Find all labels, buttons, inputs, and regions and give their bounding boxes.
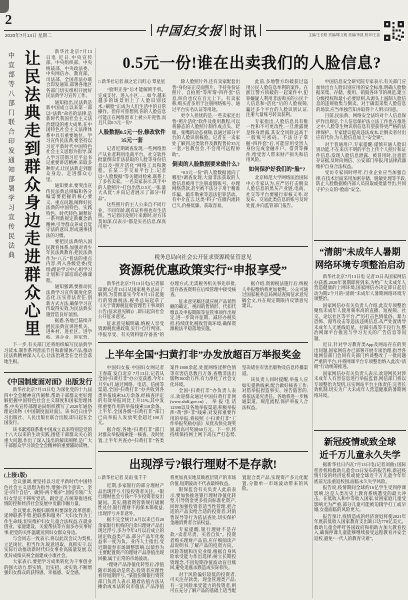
paragraph: 中国信息安全研究院专家表示,有关部门应加快出台人脸识别应用的安全标准,明确人脸数… <box>316 79 406 112</box>
article-covid-headline: 新冠疫情或致全球 近千万儿童永久失学 <box>314 436 406 461</box>
jump-article-body: 会议强调,要坚持以习近平新时代中国特色社会主义思想为指导,增强“四个意识”、坚定… <box>4 479 92 597</box>
article-minfadian-kicker: 中宣部等八部门联合印发通知部署学习宣传民法典 <box>4 52 16 332</box>
column-divider <box>312 78 313 598</box>
header-divider-right <box>266 30 380 31</box>
paragraph: 近日,针对学习教育类App及网站存在的突出问题,国家网信办已部署开展专项治理,指… <box>314 342 406 370</box>
scan-artifact <box>0 0 9 13</box>
paragraph: 会议强调,要坚持以习近平新时代中国特色社会主义思想为指导,增强“四个意识”、坚定… <box>4 479 92 507</box>
paragraph: 国家网信办有关负责人表示,欢迎网民对涉未成年人有害信息进行举报监督,网信部门将以… <box>314 371 406 399</box>
newspaper-page: 2 2020年7月14日 星期二 中国妇女报 时讯 主编/王长路 责编/陈文雅 … <box>0 0 408 600</box>
paragraph: 专家提醒,银行理财不是存款,“卖者尽责、买者自负”。投资者购买理财产品前,应仔细… <box>170 527 236 571</box>
article-zhidu-headline: 《中国制度面对面》出版发行 <box>4 376 92 386</box>
paragraph: 此前,多地警方均破获过盗用公民人脸信息牟利的案件。在浙江警方侦破的一起案件中,犯… <box>246 79 308 118</box>
article-zhidu-body: 新华社北京7月13日电 为深化党的十九届四中全会精神宣传阐释,帮助干部群众更好理… <box>4 387 92 466</box>
paragraph: 银保监会有关负责人此前表示,要加快推进银行理财净值化转型,引导资金更多投向标准化… <box>170 487 236 526</box>
paragraph: 该书紧密联系新中国成立以来特别是党的十八大以来的生动实践,围绕干部群众关心的重大… <box>4 427 92 449</box>
article-divider <box>4 468 92 469</box>
masthead-bar <box>151 24 152 36</box>
paragraph: 新华社北京7月13日电 为深化党的十九届四中全会精神宣传阐释,帮助干部群众更好理… <box>4 387 92 426</box>
paragraph: 近期,多家银行的部分理财产品出现浮亏,引发投资者关注。“银行理财也会亏钱?”不少… <box>98 483 164 516</box>
article-face-headline: 0.5元一份!谁在出卖我们的人脸信息? <box>96 51 408 73</box>
article-ziyuanshui-kicker: 税务总局向社会公开征求资源税征管意见 <box>98 253 308 261</box>
article-divider <box>314 430 406 431</box>
article-ziyuanshui-body: 新华社北京7月13日电(记者郁琼源)记者13日从国家税务总局了解到,为贯彻落实今… <box>98 281 308 338</box>
column-divider <box>95 48 96 598</box>
paragraph: 受访专家同时呼吁,行业企业应当加强自律,在技术层面采用加密存储、脱敏处理等手段,… <box>316 170 406 192</box>
paragraph: 对于普通用户,专家提醒:谨慎开通人脸识别功能,不在来历不明的平台上传个人照片和证… <box>316 142 406 170</box>
article-divider <box>98 342 308 343</box>
paragraph: 征求意见稿还就应税产品销售额的确定、视同销售情形、代扣代缴以及申报期限等征管事项… <box>170 299 236 332</box>
article-minfadian-body: 新华社北京7月13日电 近日,中央宣传部、中央组织部、中央统战部、中央政法委、中… <box>46 49 92 339</box>
paragraph: 北京师范大学网络法治国际中心专家认为,应严厉打击倒卖人脸信息的黑灰产业链,电商、… <box>246 175 308 208</box>
paragraph: “验明正身”后才能解锁手机、完成支付、进入小区……如今,越来越多的场景用上了人脸… <box>98 87 166 126</box>
article-licai-body: □ 新华社记者 吴雨 张千千近期,多家银行的部分理财产品出现浮亏,引发投资者关注… <box>98 475 308 596</box>
paragraph: 据悉,各地已陆续开展民法典宣讲进机关、进乡村、进社区、进学校、进企业、进军营、进… <box>46 318 92 339</box>
article-minfadian-headline: 让民法典走到群众身边走进群众心里 <box>17 50 43 342</box>
masthead-bar <box>225 24 226 36</box>
paragraph: 会议要求,各级妇联组织要深化改革创新,延伸联系手臂,把联系和服务广大妇女作为工作… <box>4 508 92 536</box>
jump-from-page1-label: (上接1版) <box>4 471 27 479</box>
article-divider <box>4 372 92 373</box>
qr-code-icon <box>383 20 405 42</box>
sub-headline: 如何保护好我们的“脸”? <box>246 165 308 173</box>
credits: 主编/王长路 责编/陈文雅 美编/李凯 校对/王蕊 <box>264 33 380 38</box>
byline: □ 新华社记者 吴雨 张千千 <box>98 475 164 481</box>
paragraph: 据不完全统计,6月以来已有20余家银行机构的百余只理财产品出现过浮亏,多为今年4… <box>98 517 164 561</box>
paragraph: 新华社北京7月13日电(记者郁琼源)记者13日从国家税务总局了解到,为贯彻落实今… <box>98 281 164 320</box>
article-qinglang-headline: “清朗”未成年人暑期 网络环境专项整治启动 <box>314 246 406 271</box>
article-divider <box>314 240 406 241</box>
article-face-col2: 除人脸照片外,还有卖家配套出售“身份证正反面照片、手持身份证照片、自拍照”等所谓… <box>172 79 240 241</box>
masthead-brand: 中国妇女报 <box>154 21 223 39</box>
section-name: 时讯 <box>229 21 257 40</box>
paragraph: 通知要求,要突出宣传民法典总则编和各分编需要把握的核心要义、重点问题,阐释好民法… <box>46 183 92 238</box>
paragraph: 大家表示,要把学习成果转化为干事创业的强大动力,察实情、出实招、求实效,不断增强… <box>4 559 92 576</box>
paragraph: 中国妇女报·中国妇女网记者王春霞 发自北京 7月13日,记者从全国“扫黄打非”办… <box>98 365 164 426</box>
article-divider <box>98 451 308 452</box>
sub-headline: 人脸数据0.5元一份,修改软件35元一套 <box>98 128 166 144</box>
page-number: 2 <box>5 13 12 29</box>
article-divider <box>98 246 308 247</box>
sub-headline: 倒卖的人脸数据要来做什么? <box>172 160 240 168</box>
header-divider-left <box>4 30 146 31</box>
paragraph: 报告预计,疫情造成的经济衰退将使2021年年底前低收入国家教育支出缺口达770亿… <box>314 514 406 542</box>
article-covid-body: 据新华社日内瓦7月13日电(记者刘曲) 国际慈善机构救助儿童会13日发布的报告称… <box>314 462 406 598</box>
paragraph: 除人脸照片外,还有卖家配套出售“身份证正反面照片、手持身份证照片、自拍照”等所谓… <box>172 79 240 112</box>
paragraph: 新华社北京7月13日电 记者13日从国家网信办获悉,2020年暑期即将到来,为给… <box>314 274 406 302</box>
masthead: 中国妇女报 时讯 <box>146 21 266 39</box>
paragraph: 据新华社日内瓦7月13日电(记者刘曲) 国际慈善机构救助儿童会13日发布的报告称… <box>314 462 406 484</box>
article-face-col3: 此前,多地警方均破获过盗用公民人脸信息牟利的案件。在浙江警方侦破的一起案件中,犯… <box>246 79 308 241</box>
paragraph: 报告说,疫情期间全球约16亿学生受到停课影响,这是人类历史上教育系统遭受的最大冲… <box>314 485 406 513</box>
article-ziyuanshui-headline: 资源税优惠政策实行“申报享受” <box>98 261 308 278</box>
byline: □ 新华社记者 颜之宏 闫红心 覃星星 <box>98 79 166 85</box>
article-qinglang-body: 新华社北京7月13日电 记者13日从国家网信办获悉,2020年暑期即将到来,为给… <box>314 274 406 426</box>
paragraph: 该负责人同时提醒,举报人应如实提供线索,配合做好核查工作;对借举报捏造事实、诬告… <box>242 377 308 410</box>
date: 2020年7月14日 星期二 <box>5 33 52 39</box>
paragraph: 国家网信办有关负责人介绍,此次专项整治聚焦未成年人使用频率高的直播、短视频、社交… <box>314 303 406 342</box>
article-saohuang-body: 中国妇女报·中国妇女网记者王春霞 发自北京 7月13日,记者从全国“扫黄打非”办… <box>98 365 308 447</box>
paragraph: 这些照片的主人公来自不同行业、不同年龄,既有证件照也有生活照。当记者问及照片来源… <box>98 202 166 230</box>
article-licai-headline: 出现浮亏?银行理财不是存款! <box>98 456 308 472</box>
article-face-col4: 中国信息安全研究院专家表示,有关部门应加快出台人脸识别应用的安全标准,明确人脸数… <box>316 79 406 235</box>
paragraph: 更令人担忧的是,一些卖家还出售“照片活化”软件及使用教程,可以将静态的人脸照片制… <box>172 113 240 157</box>
masthead-bar <box>260 24 261 36</box>
paragraph: 目前,民法典、网络安全法均对个人信息保护作出规定,个人信息保护法立法工作也在推进… <box>316 113 406 141</box>
paragraph: 通知指出,民法典是新中国成立以来第一部以“法典”命名的法律,是新时代我国社会主义… <box>46 100 92 183</box>
article-minfadian-body-continued: 下一步,有关部门还将组织编写民法典学习读本,制作系列普法节目和新媒体产品,推动民… <box>4 342 92 368</box>
paragraph: 下一步,有关部门还将组织编写民法典学习读本,制作系列普法节目和新媒体产品,推动民… <box>4 342 92 364</box>
paragraph: 通知强调,要推动民法典学习宣传制度化常态化,压实普法责任,创新方式方法,确保学习… <box>46 284 92 317</box>
paragraph: 与会同志一致表示,将以此次会议为契机,立足岗位、担当作为,锐意进取、真抓实干,以… <box>4 536 92 558</box>
paragraph: 专家指出,人脸信息具有唯一性和不可更改性,一旦泄露便是终身泄露,其安全风险远高于… <box>246 119 308 163</box>
article-saohuang-headline: 上半年全国“扫黄打非”办发放超百万举报奖金 <box>98 347 308 361</box>
paragraph: 据介绍,资源税法施行后,纳税人申报缴纳将更加便利。公众可通过国家税务总局网站查阅… <box>242 281 308 309</box>
paragraph: 记者近期调查发现,一些网络黑产从业者利用电商平台、社交软件批量倒卖非法获取的人脸… <box>98 146 166 201</box>
paragraph: 新华社北京7月13日电 近日,中央宣传部、中央组织部、中央统战部、中央政法委、中… <box>46 49 92 99</box>
article-face-col1: □ 新华社记者 颜之宏 闫红心 覃星星“验明正身”后才能解锁手机、完成支付、进入… <box>98 79 166 241</box>
paragraph: “0.5元一份”的人脸数据流向了哪里?调查发现,大量非法获取的人脸信息被用于注册… <box>172 170 240 209</box>
paragraph: 要把民法典纳入国民教育体系,加强对青少年民法典教育;把民法典作为“八五”普法的重… <box>46 239 92 283</box>
